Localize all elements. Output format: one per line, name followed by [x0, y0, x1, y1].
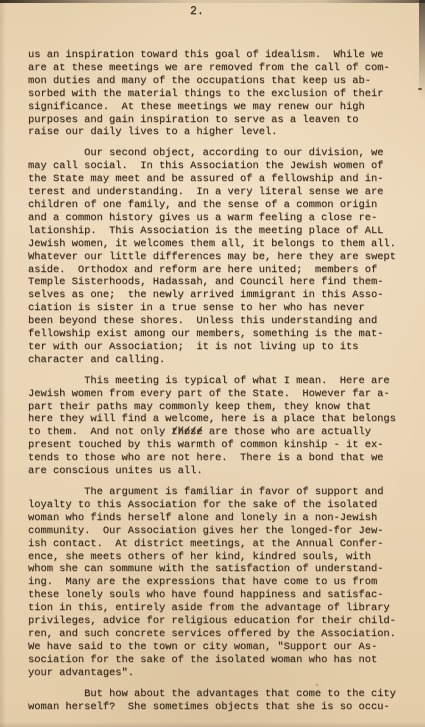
text-line: these lonely souls who have found happin…	[28, 589, 410, 602]
text-line: are at these meetings we are removed fro…	[28, 62, 410, 75]
text-line: selves as one; the newly arrived immigra…	[28, 289, 410, 302]
text-line: sorbed with the material things to the e…	[28, 88, 410, 101]
text-line: privileges, advice for religious educati…	[28, 615, 410, 628]
struck-word: those/////	[171, 426, 202, 439]
paper-speck	[418, 88, 422, 90]
text-line: us an inspiration toward this goal of id…	[28, 49, 410, 62]
text-line: may call social. In this Association the…	[28, 160, 410, 173]
text-line: are conscious unites us all.	[28, 465, 410, 478]
text-line: the State may meet and be assured of a f…	[28, 173, 410, 186]
text-line: character and calling.	[28, 354, 410, 367]
text-line: But how about the advantages that come t…	[28, 688, 410, 701]
text-line: raise our daily lives to a higher level.	[28, 126, 410, 139]
text-line: Our second object, according to our divi…	[28, 147, 410, 160]
text-line: whom she can sommune with the satisfacti…	[28, 563, 410, 576]
text-line: to them. And not only those///// are tho…	[28, 426, 410, 439]
text-line: Temple Sisterhoods, Hadassah, and Counci…	[28, 276, 410, 289]
text-line: children of one family, and the sense of…	[28, 199, 410, 212]
text-line: been beyond these shores. Unless this un…	[28, 315, 410, 328]
text-line: ren, and such concrete services offered …	[28, 628, 410, 641]
text-line: ter with our Association; it is not livi…	[28, 341, 410, 354]
text-line: mon duties and many of the occupations t…	[28, 75, 410, 88]
paragraph: us an inspiration toward this goal of id…	[28, 49, 410, 139]
text-line: The argument is familiar in favor of sup…	[28, 486, 410, 499]
text-line: loyalty to this Association for the sake…	[28, 499, 410, 512]
text-line: Jewish women, it welcomes them all, it b…	[28, 238, 410, 251]
text-line: lationship. This Association is the meet…	[28, 225, 410, 238]
scan-edge-top	[0, 0, 425, 3]
text-line: woman who finds herself alone and lonely…	[28, 512, 410, 525]
text-line: Jewish women from every part of the Stat…	[28, 388, 410, 401]
text-line: and a common history gives us a warm fee…	[28, 212, 410, 225]
text-line: ence, she meets others of her kind, kind…	[28, 551, 410, 564]
scan-edge-right	[419, 0, 425, 100]
text-line: community. Our Association gives her the…	[28, 525, 410, 538]
text-line: tends to those who are not here. There i…	[28, 452, 410, 465]
paragraph: But how about the advantages that come t…	[28, 688, 410, 714]
document-page: 2. us an inspiration toward this goal of…	[0, 0, 425, 727]
text-line: significance. At these meetings we may r…	[28, 101, 410, 114]
paragraph: This meeting is typical of what I mean. …	[28, 375, 410, 478]
text-line: This meeting is typical of what I mean. …	[28, 375, 410, 388]
paragraph: The argument is familiar in favor of sup…	[28, 486, 410, 680]
text-line: Whatever our little differences may be, …	[28, 251, 410, 264]
text-line: part their paths may commonly keep them,…	[28, 401, 410, 414]
text-line: your advantages".	[28, 667, 410, 680]
text-line: We have said to the town or city woman, …	[28, 641, 410, 654]
scan-edge-left	[0, 0, 6, 727]
text-line: present touched by this warmth of common…	[28, 439, 410, 452]
text-line: woman herself? She sometimes objects tha…	[28, 701, 410, 714]
text-line: terest and understanding. In a very lite…	[28, 186, 410, 199]
page-number: 2.	[190, 5, 204, 18]
text-line: here they will find a welcome, here is a…	[28, 413, 410, 426]
text-line: tion in this, entirely aside from the ad…	[28, 602, 410, 615]
text-line: aside. Orthodox and reform are here unit…	[28, 264, 410, 277]
text-line: ish contact. At district meetings, at th…	[28, 538, 410, 551]
text-line: purposes and gain inspiration to serve a…	[28, 114, 410, 127]
text-line: ing. Many are the expressions that have …	[28, 576, 410, 589]
text-line: sociation for the sake of the isolated w…	[28, 654, 410, 667]
scan-edge-bottom	[0, 722, 425, 727]
text-line: ciation is sister in a true sense to her…	[28, 302, 410, 315]
text-line: fellowship exist among our members, some…	[28, 328, 410, 341]
paragraph: Our second object, according to our divi…	[28, 147, 410, 366]
document-body: us an inspiration toward this goal of id…	[28, 49, 410, 721]
